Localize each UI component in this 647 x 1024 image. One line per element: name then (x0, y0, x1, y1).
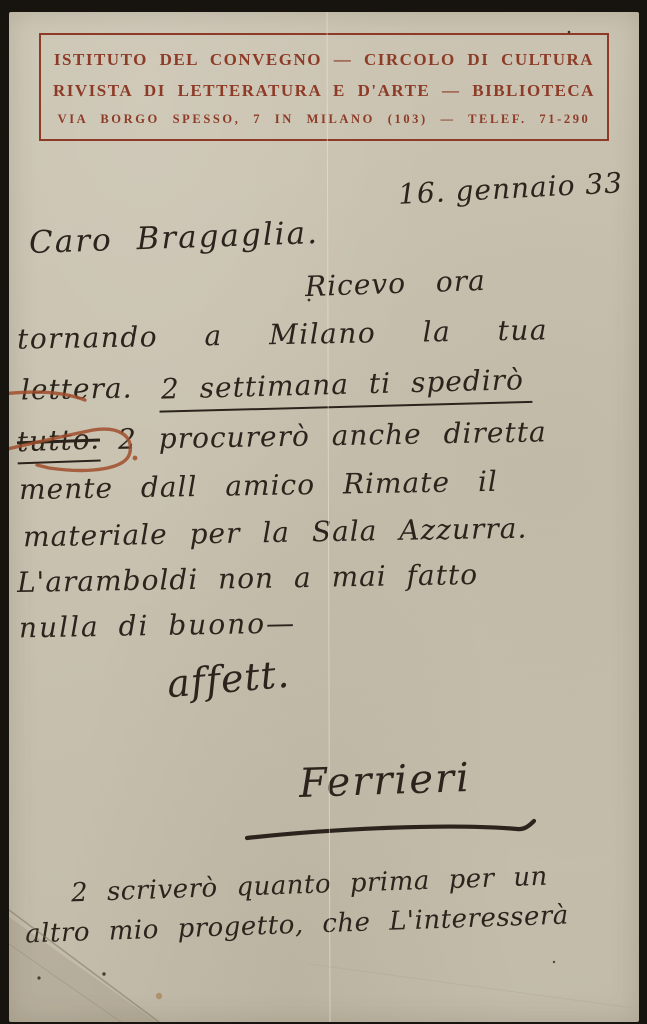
body-line-4: tutto.2 procurerò anche diretta (17, 415, 547, 463)
letterhead-line-address: VIA BORGO SPESSO, 7 IN MILANO (103) — TE… (41, 106, 607, 132)
body-line-7: L'aramboldi non a mai fatto (17, 558, 479, 599)
body-line-3-underlined: 2 settimana ti spedirò (158, 363, 532, 413)
signature-flourish (247, 821, 534, 838)
postscript-line-1: 2 scriverò quanto prima per un (71, 862, 549, 909)
body-line-1: Ricevo ora (304, 264, 486, 303)
letter-closing: affett. (165, 652, 291, 707)
letter-signature: Ferrieri (298, 755, 471, 807)
body-line-4-rest: 2 procurerò anche diretta (118, 415, 547, 455)
body-line-8: nulla di buono— (19, 607, 297, 645)
letterhead-box: ISTITUTO DEL CONVEGNO — CIRCOLO DI CULTU… (39, 33, 609, 141)
letter-salutation: Caro Bragaglia. (28, 215, 319, 261)
body-line-3: lettera.2 settimana ti spedirò (21, 365, 532, 414)
body-line-2: tornando a Milano la tua (17, 313, 549, 355)
body-line-3-start: lettera. (21, 372, 133, 407)
letterhead-line-institute: ISTITUTO DEL CONVEGNO — CIRCOLO DI CULTU… (41, 44, 607, 75)
letter-date: 16. gennaio 33 (397, 166, 623, 211)
body-line-5: mente dall amico Rimate il (19, 465, 498, 506)
body-line-4-struck-word: tutto. (16, 422, 100, 464)
postscript-line-2: altro mio progetto, che L'interesserà (25, 901, 570, 950)
letterhead-line-rivista: RIVISTA DI LETTERATURA E D'ARTE — BIBLIO… (41, 75, 607, 106)
letter-paper: ISTITUTO DEL CONVEGNO — CIRCOLO DI CULTU… (9, 12, 639, 1022)
body-line-6: materiale per la Sala Azzurra. (23, 512, 528, 554)
scan-background: ISTITUTO DEL CONVEGNO — CIRCOLO DI CULTU… (0, 0, 647, 1024)
